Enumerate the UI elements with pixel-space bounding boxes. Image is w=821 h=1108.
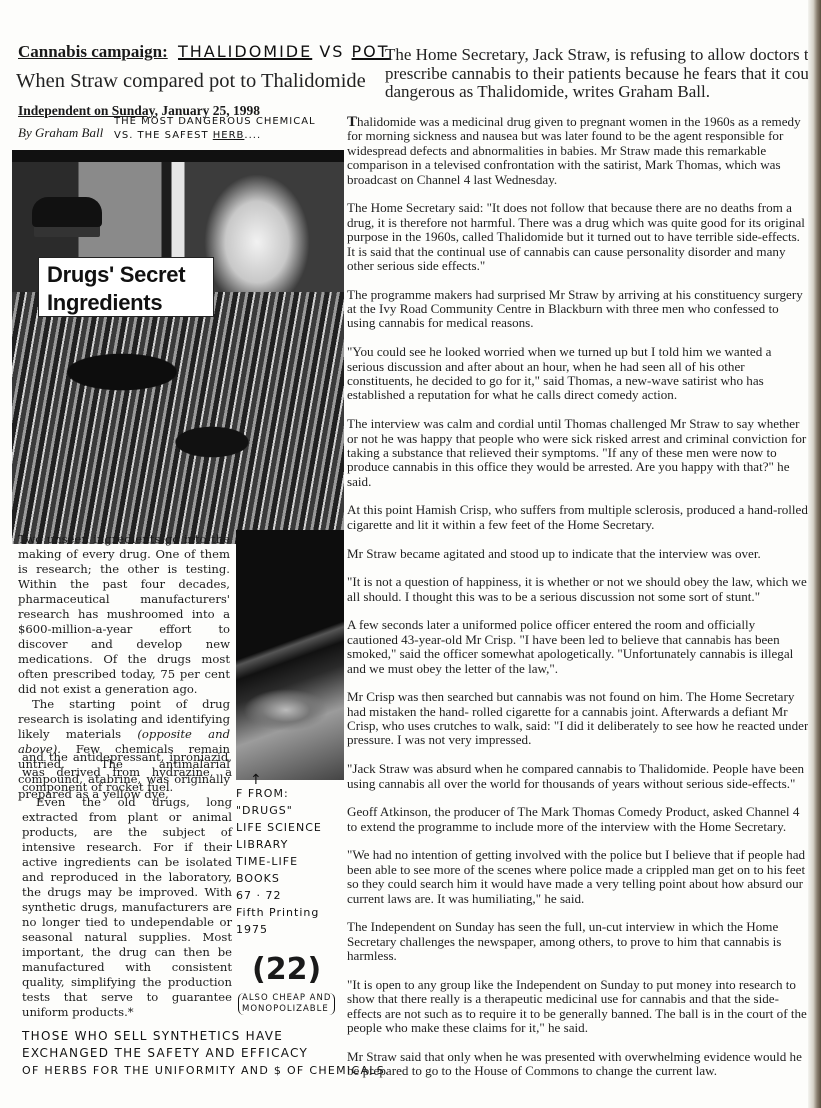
photo-title-line-1: Drugs' Secret [47, 261, 213, 289]
standfirst-line: The Home Secretary, Jack Straw, is refus… [385, 46, 815, 65]
handwritten-campaign-note: THALIDOMIDE VS POT [178, 42, 390, 61]
article-paragraph: Mr Crisp was then searched but cannabis … [347, 690, 809, 748]
article-paragraph: Mr Straw said that only when he was pres… [347, 1050, 809, 1079]
standfirst-line: dangerous as Thalidomide, writes Graham … [385, 83, 815, 102]
handwritten-note-top: THE MOST DANGEROUS CHEMICAL VS. THE SAFE… [114, 115, 316, 143]
article-paragraph: "You could see he looked worried when we… [347, 345, 809, 403]
photo-specimen-shelves [12, 292, 344, 544]
article-paragraph: The Independent on Sunday has seen the f… [347, 920, 809, 963]
article-paragraph: At this point Hamish Crisp, who suffers … [347, 503, 809, 532]
article-paragraph: The Home Secretary said: "It does not fo… [347, 201, 809, 273]
article-paragraph: A few seconds later a uniformed police o… [347, 618, 809, 676]
book-photo: Drugs' Secret Ingredients [12, 150, 344, 544]
book-paragraph: Two unseen ingredients go into the makin… [18, 532, 230, 697]
article-paragraph: The interview was calm and cordial until… [347, 417, 809, 489]
article-paragraph: "It is not a question of happiness, it i… [347, 575, 809, 604]
note-line-2: VS. THE SAFEST HERB.... [114, 129, 316, 143]
page-binding-edge [808, 0, 821, 1108]
telephone-shape [32, 197, 102, 227]
photo-title-box: Drugs' Secret Ingredients [38, 257, 214, 317]
article-paragraph: "It is open to any group like the Indepe… [347, 978, 809, 1036]
handwritten-aside: ALSO CHEAP AND MONOPOLIZABLE [238, 993, 335, 1015]
article-paragraph: Thalidomide was a medicinal drug given t… [347, 115, 809, 187]
standfirst-line: prescribe cannabis to their patients bec… [385, 65, 815, 84]
page-number-note: (22) [252, 952, 321, 987]
article-paragraph: Mr Straw became agitated and stood up to… [347, 547, 809, 561]
campaign-label: Cannabis campaign: [18, 42, 168, 61]
handwritten-source-note: ↑ F FROM: "DRUGS" LIFE SCIENCE LIBRARY T… [236, 775, 346, 938]
note-line-1: THE MOST DANGEROUS CHEMICAL [114, 115, 316, 129]
book-photo-strip [236, 530, 344, 780]
up-arrow-icon: ↑ [250, 775, 346, 785]
book-paragraph: Even the old drugs, long extracted from … [22, 795, 232, 1020]
article-paragraph: Geoff Atkinson, the producer of The Mark… [347, 805, 809, 834]
photo-title-line-2: Ingredients [47, 289, 213, 317]
article-body: Thalidomide was a medicinal drug given t… [347, 115, 809, 1093]
standfirst: The Home Secretary, Jack Straw, is refus… [385, 46, 815, 102]
article-paragraph: "Jack Straw was absurd when he compared … [347, 762, 809, 791]
byline: By Graham Ball [18, 125, 103, 141]
book-paragraph: and the antidepressant, iproniazid, was … [22, 750, 232, 795]
campaign-heading: Cannabis campaign: THALIDOMIDE VS POT [18, 42, 390, 62]
article-paragraph: "We had no intention of getting involved… [347, 848, 809, 906]
article-paragraph: The programme makers had surprised Mr St… [347, 288, 809, 331]
headline: When Straw compared pot to Thalidomide [16, 70, 366, 93]
book-excerpt-lower: and the antidepressant, iproniazid, was … [22, 750, 232, 1020]
handwritten-conclusion: THOSE WHO SELL SYNTHETICS HAVE EXCHANGED… [22, 1028, 390, 1079]
